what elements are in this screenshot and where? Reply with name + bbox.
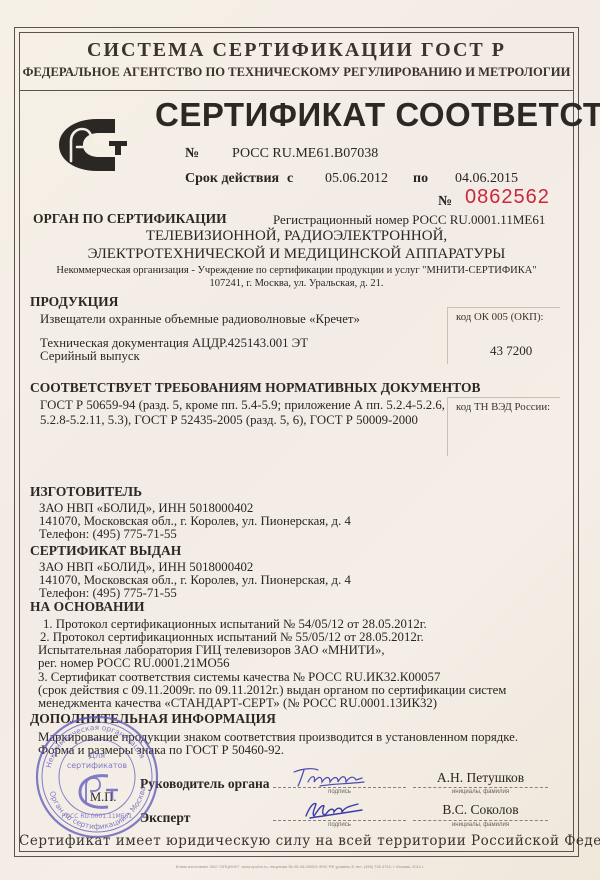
- product-production: Серийный выпуск: [40, 350, 140, 364]
- certificate-number: РОСС RU.ME61.B07038: [232, 146, 378, 162]
- compliance-heading: СООТВЕТСТВУЕТ ТРЕБОВАНИЯМ НОРМАТИВНЫХ ДО…: [30, 380, 481, 396]
- validity-label: Срок действия: [185, 171, 279, 187]
- validity-from-label: с: [287, 171, 293, 187]
- body-name-line1: ТЕЛЕВИЗИОННОЙ, РАДИОЭЛЕКТРОННОЙ,: [19, 228, 574, 245]
- svg-text:Орган по сертификации • Москва: Орган по сертификации • Москва •: [48, 780, 149, 831]
- head-signature-icon: [290, 764, 370, 790]
- okp-value: 43 7200: [490, 344, 532, 358]
- okp-code-box: код ОК 005 (ОКП): 43 7200: [447, 307, 560, 364]
- basis-item-7: менеджмента качества «СТАНДАРТ-СЕРТ» (№ …: [38, 697, 437, 711]
- legal-validity-note: Сертификат имеет юридическую силу на все…: [19, 833, 574, 849]
- head-name-line: [413, 787, 548, 788]
- blank-number-sign: №: [438, 194, 452, 210]
- tnved-code-box: код ТН ВЭД России:: [447, 397, 560, 456]
- expert-signature-caption: подпись: [273, 822, 406, 828]
- registration-number: Регистрационный номер РОСС RU.0001.11МЕ6…: [273, 213, 545, 227]
- expert-signature-icon: [300, 796, 370, 822]
- product-heading: ПРОДУКЦИЯ: [30, 294, 118, 310]
- agency-name: ФЕДЕРАЛЬНОЕ АГЕНТСТВО ПО ТЕХНИЧЕСКОМУ РЕ…: [19, 65, 574, 80]
- header-divider: [19, 90, 574, 91]
- certification-body-heading: ОРГАН ПО СЕРТИФИКАЦИИ: [33, 211, 227, 227]
- blank-number: 0862562: [465, 186, 550, 209]
- body-name-line2: ЭЛЕКТРОТЕХНИЧЕСКОЙ И МЕДИЦИНСКОЙ АППАРАТ…: [19, 246, 574, 263]
- valid-to-date: 04.06.2015: [455, 171, 518, 187]
- product-name: Извещатели охранные объемные радиоволнов…: [40, 313, 360, 327]
- body-organization: Некоммерческая организация - Учреждение …: [19, 265, 574, 276]
- svg-text:сертификатов: сертификатов: [67, 761, 128, 770]
- official-stamp-icon: Некоммерческая организация Орган по серт…: [34, 714, 160, 840]
- svg-text:РОСС RU.0001.11МЕ61: РОСС RU.0001.11МЕ61: [62, 813, 133, 820]
- manufacturer-heading: ИЗГОТОВИТЕЛЬ: [30, 484, 142, 500]
- tnved-label: код ТН ВЭД России:: [456, 401, 550, 413]
- expert-name-caption: инициалы, фамилия: [413, 822, 548, 828]
- manufacturer-line3: Телефон: (495) 775-71-55: [39, 528, 177, 542]
- svg-text:Для: Для: [89, 751, 105, 760]
- validity-to-label: по: [413, 171, 428, 187]
- basis-heading: НА ОСНОВАНИИ: [30, 599, 144, 615]
- expert-name-line: [413, 820, 548, 821]
- issued-to-heading: СЕРТИФИКАТ ВЫДАН: [30, 543, 181, 559]
- okp-label: код ОК 005 (ОКП):: [456, 311, 544, 323]
- basis-item-4: рег. номер РОСС RU.0001.21МО56: [38, 657, 230, 671]
- number-sign: №: [185, 146, 199, 162]
- head-name: А.Н. Петушков: [413, 770, 548, 786]
- system-title: СИСТЕМА СЕРТИФИКАЦИИ ГОСТ Р: [19, 39, 574, 62]
- print-note: Бланк изготовлен ЗАО "ОПЦИОН", www.opcio…: [0, 864, 600, 869]
- rst-logo-icon: [57, 117, 129, 173]
- body-address: 107241, г. Москва, ул. Уральская, д. 21.: [19, 278, 574, 289]
- compliance-line2: 5.2.8-5.2.11, 5.3), ГОСТ Р 52435-2005 (р…: [40, 414, 418, 428]
- certificate-title: СЕРТИФИКАТ СООТВЕТСТВИЯ: [155, 96, 600, 134]
- valid-from-date: 05.06.2012: [325, 171, 388, 187]
- compliance-line1: ГОСТ Р 50659-94 (разд. 5, кроме пп. 5.4-…: [40, 399, 445, 413]
- head-name-caption: инициалы, фамилия: [413, 789, 548, 795]
- expert-name: В.С. Соколов: [413, 802, 548, 818]
